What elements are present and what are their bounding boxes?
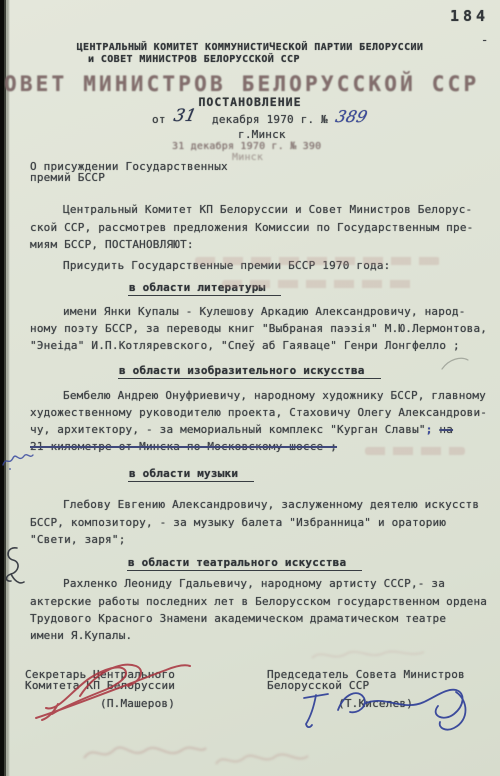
section-1-line-2: ному поэту БССР, за переводы книг "Выбра… xyxy=(30,322,487,335)
section-3-heading-text: в области музыки xyxy=(128,467,254,482)
section-4-heading: в области театрального искусства xyxy=(127,556,362,569)
doc-type-title: ПОСТАНОВЛЕНИЕ xyxy=(0,95,500,109)
section-4-heading-text: в области театрального искусства xyxy=(127,556,362,571)
signature-red-ink xyxy=(28,656,198,728)
section-4-line-4: имени Я.Купалы. xyxy=(30,629,132,642)
section-2-struck-line: 21 километре от Минска по Московскому шо… xyxy=(30,440,337,453)
intro-line-2: ской ССР, рассмотрев предложения Комисси… xyxy=(30,221,473,234)
section-2-heading: в области изобразительного искусства xyxy=(118,364,381,377)
bleed-blot xyxy=(222,280,417,288)
section-3-line-1: Глебову Евгению Александровичу, заслужен… xyxy=(63,498,479,511)
bleed-scribble xyxy=(308,644,428,666)
intro-line-3: миям БССР, ПОСТАНОВЛЯЮТ: xyxy=(30,238,194,251)
section-4-line-1: Рахленко Леониду Гдальевичу, народному а… xyxy=(63,577,445,590)
section-1-line-3: "Энеіда" И.П.Котляревского, "Спеў аб Гая… xyxy=(30,339,460,352)
city-line: г.Минск xyxy=(238,128,286,141)
bleed-blot xyxy=(195,257,440,265)
section-2-line-3: чу, архитектору, - за мемориальный компл… xyxy=(30,423,453,436)
struck-line-text: 21 километре от Минска по Московскому шо… xyxy=(30,440,337,453)
date-day-handwritten: 31 xyxy=(172,106,198,126)
scanned-document-page: 184 - ЦЕНТРАЛЬНЫЙ КОМИТЕТ КОММУНИСТИЧЕСК… xyxy=(0,0,500,776)
section-4-line-2: актерские работы последних лет в Белорус… xyxy=(30,595,487,608)
margin-note-ink xyxy=(1,449,35,473)
handwritten-semicolon: ; xyxy=(426,423,433,436)
section-2-line-1: Бембелю Андрею Онуфриевичу, народному ху… xyxy=(63,389,486,402)
section-3-line-2: БССР, композитору, - за музыку балета "И… xyxy=(30,516,446,529)
page-number: 184 xyxy=(450,7,489,25)
signature-blue-ink xyxy=(298,682,478,734)
doc-number-handwritten: 389 xyxy=(334,107,370,126)
section-3-line-3: "Свети, заря"; xyxy=(30,533,126,546)
section-4-line-3: Трудового Красного Знамени академическом… xyxy=(30,612,446,625)
bleed-scribble xyxy=(80,736,210,770)
margin-mark-ink xyxy=(2,545,26,587)
intro-line-1: Центральный Комитет КП Белоруссии и Сове… xyxy=(63,203,472,216)
header-org-line1: ЦЕНТРАЛЬНЫЙ КОМИТЕТ КОММУНИСТИЧЕСКОЙ ПАР… xyxy=(0,42,500,53)
pencil-arc-mark xyxy=(440,354,470,374)
date-prefix: от xyxy=(152,113,166,126)
header-org-line2: и СОВЕТ МИНИСТРОВ БЕЛОРУССКОЙ ССР xyxy=(88,54,300,65)
ghost-date-line: 31 декабря 1970 г. № 390 xyxy=(172,141,321,152)
section-2-line-3-text: чу, архитектору, - за мемориальный компл… xyxy=(30,423,426,436)
date-rest: декабря 1970 г. № xyxy=(212,113,328,126)
page-edge-shadow xyxy=(0,0,10,776)
bleed-blot xyxy=(365,447,465,455)
struck-word: на xyxy=(439,423,453,436)
section-3-heading: в области музыки xyxy=(128,467,254,480)
section-1-line-1: имени Янки Купалы - Кулешову Аркадию Але… xyxy=(63,305,466,318)
subject-line-2: премий БССР xyxy=(30,171,105,184)
ghost-city: Минск xyxy=(232,152,263,163)
section-2-line-2: художественному руководителю проекта, Ст… xyxy=(30,406,487,419)
ghost-letterhead: ОВЕТ МИНИСТРОВ БЕЛОРУССКОЙ ССР xyxy=(4,72,479,96)
section-2-heading-text: в области изобразительного искусства xyxy=(118,364,381,379)
bleed-scribble xyxy=(212,746,312,774)
